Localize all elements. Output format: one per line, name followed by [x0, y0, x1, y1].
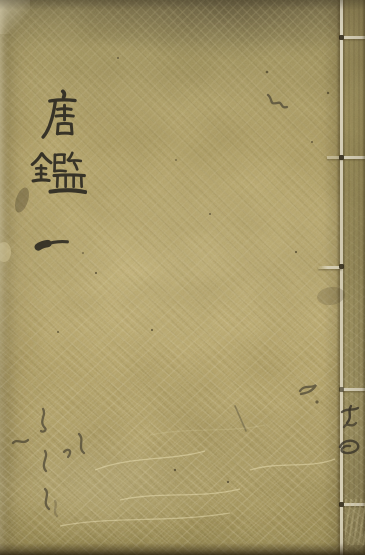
- photo-vignette: [0, 0, 365, 555]
- book-cover-photo: 唐 鑑 一 共四: [0, 0, 365, 555]
